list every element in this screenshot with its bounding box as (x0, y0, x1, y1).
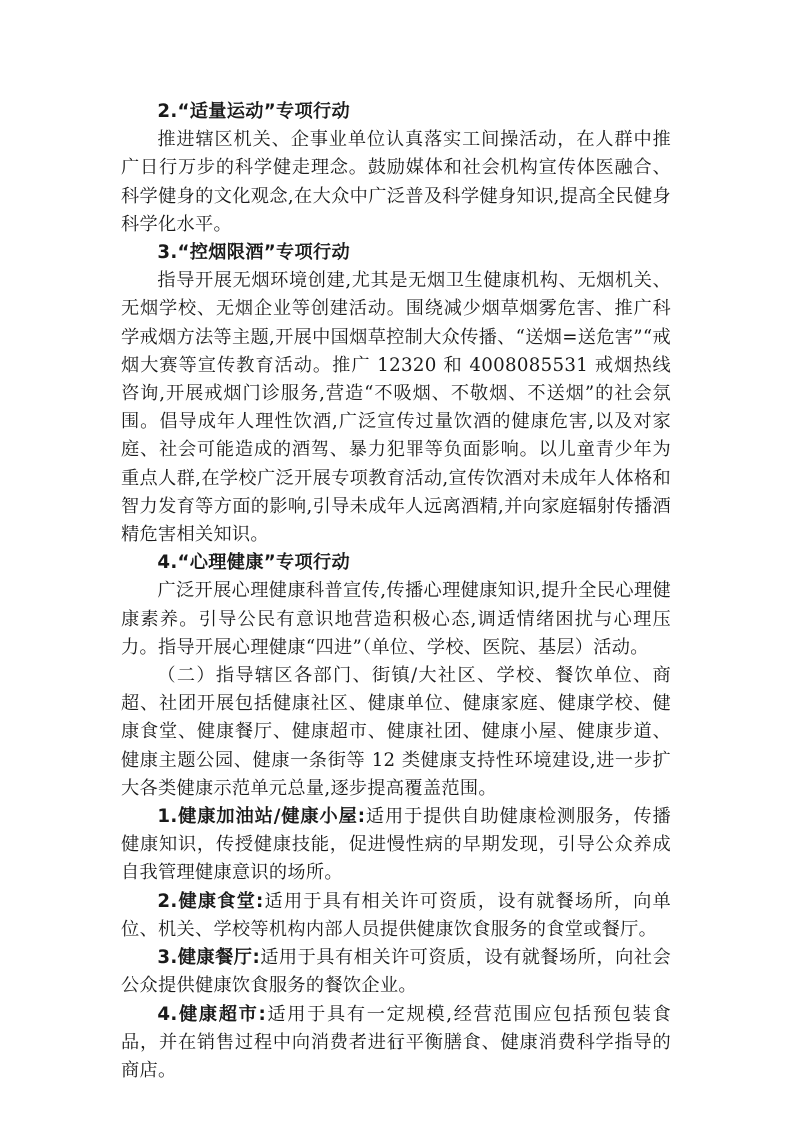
paragraph-exercise: 推进辖区机关、企事业单位认真落实工间操活动，在人群中推广日行万步的科学健走理念。… (121, 126, 671, 239)
definition-health-station: 1.健康加油站/健康小屋:适用于提供自助健康检测服务，传播健康知识，传授健康技能… (121, 803, 671, 888)
definition-term: 4.健康超市: (157, 1004, 266, 1025)
definition-health-canteen: 2.健康食堂:适用于具有相关许可资质，设有就餐场所，向单位、机关、学校等机构内部… (121, 888, 671, 944)
definition-health-restaurant: 3.健康餐厅:适用于具有相关许可资质，设有就餐场所，向社会公众提供健康饮食服务的… (121, 944, 671, 1000)
paragraph-mental-health: 广泛开展心理健康科普宣传,传播心理健康知识,提升全民心理健康素养。引导公民有意识… (121, 577, 671, 662)
paragraph-tobacco-alcohol: 指导开展无烟环境创建,尤其是无烟卫生健康机构、无烟机关、无烟学校、无烟企业等创建… (121, 267, 671, 549)
section-heading-exercise: 2.“适量运动”专项行动 (121, 98, 671, 126)
page-number: 11 (0, 1038, 793, 1054)
document-page: 2.“适量运动”专项行动 推进辖区机关、企事业单位认真落实工间操活动，在人群中推… (0, 0, 793, 1122)
section-heading-tobacco-alcohol: 3.“控烟限酒”专项行动 (121, 239, 671, 267)
section-heading-mental-health: 4.“心理健康”专项行动 (121, 549, 671, 577)
definition-term: 2.健康食堂: (157, 891, 263, 912)
document-body: 2.“适量运动”专项行动 推进辖区机关、企事业单位认真落实工间操活动，在人群中推… (121, 98, 671, 1085)
paragraph-supportive-environments: （二）指导辖区各部门、街镇/大社区、学校、餐饮单位、商超、社团开展包括健康社区、… (121, 662, 671, 803)
definition-term: 3.健康餐厅: (157, 947, 260, 968)
definition-term: 1.健康加油站/健康小屋: (157, 806, 365, 827)
